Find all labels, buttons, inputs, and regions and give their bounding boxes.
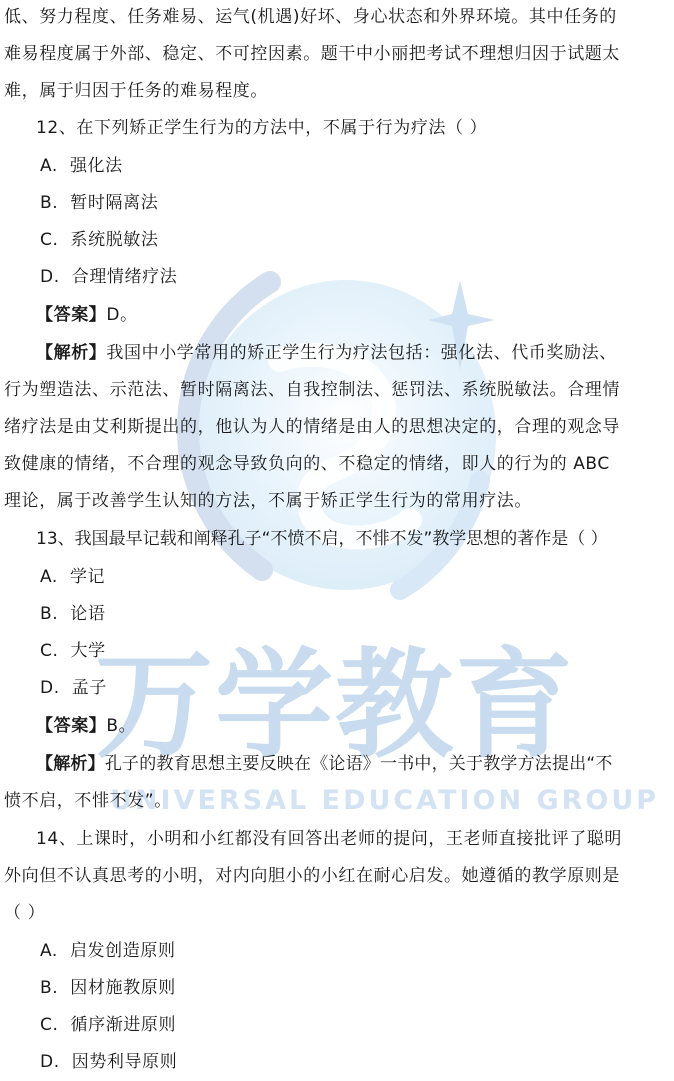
option-letter: A.	[40, 156, 58, 176]
option-letter: A.	[40, 941, 58, 961]
question-13-option-a: A. 学记	[40, 566, 674, 588]
option-letter: B.	[40, 193, 58, 213]
option-text: 启发创造原则	[70, 941, 176, 961]
option-text: 因材施教原则	[70, 978, 176, 998]
question-13-analysis-line: 【解析】孔子的教育思想主要反映在《论语》一书中，关于教学方法提出“不	[36, 753, 674, 775]
option-text: 学记	[70, 567, 105, 587]
analysis-tag: 【解析】	[36, 343, 106, 363]
option-letter: C.	[40, 230, 58, 250]
answer-value: B。	[106, 716, 136, 736]
question-14-stem: （ ）	[4, 902, 670, 924]
answer-value: D。	[106, 305, 137, 325]
option-letter: B.	[40, 604, 58, 624]
question-13-option-d: D. 孟子	[40, 677, 674, 699]
question-12-option-b: B. 暂时隔离法	[40, 192, 674, 214]
question-13-option-c: C. 大学	[40, 640, 674, 662]
question-12-option-a: A. 强化法	[40, 155, 674, 177]
question-14-stem: 外向但不认真思考的小明，对内向胆小的小红在耐心启发。她遵循的教学原则是	[4, 865, 670, 887]
option-letter: D.	[40, 678, 60, 698]
answer-tag: 【答案】	[36, 305, 106, 325]
option-text: 暂时隔离法	[70, 193, 158, 213]
option-letter: B.	[40, 978, 58, 998]
question-12-analysis-line: 致健康的情绪，不合理的观念导致负向的、不稳定的情绪，即人的行为的 ABC	[4, 453, 670, 475]
option-letter: D.	[40, 267, 60, 287]
analysis-text: 我国中小学常用的矫正学生行为疗法包括：强化法、代币奖励法、	[106, 343, 616, 363]
option-text: 合理情绪疗法	[72, 267, 178, 287]
question-12-answer: 【答案】D。	[36, 304, 674, 326]
question-12-option-c: C. 系统脱敏法	[40, 229, 674, 251]
option-text: 论语	[70, 604, 105, 624]
paragraph-line: 难易程度属于外部、稳定、不可控因素。题干中小丽把考试不理想归因于试题太	[4, 43, 670, 65]
option-text: 因势利导原则	[72, 1052, 178, 1072]
question-12-analysis-line: 行为塑造法、示范法、暂时隔离法、自我控制法、惩罚法、系统脱敏法。合理情	[4, 379, 670, 401]
question-14-stem: 14、上课时，小明和小红都没有回答出老师的提问，王老师直接批评了聪明	[36, 828, 674, 850]
analysis-tag: 【解析】	[36, 754, 105, 774]
question-12-analysis-line: 理论，属于改善学生认知的方法，不属于矫正学生行为的常用疗法。	[4, 490, 670, 512]
paragraph-line: 难，属于归因于任务的难易程度。	[4, 80, 670, 102]
paragraph-line: 低、努力程度、任务难易、运气(机遇)好坏、身心状态和外界环境。其中任务的	[4, 6, 670, 28]
option-letter: C.	[40, 1015, 58, 1035]
question-14-option-c: C. 循序渐进原则	[40, 1014, 674, 1036]
option-text: 强化法	[70, 156, 123, 176]
question-13-answer: 【答案】B。	[36, 715, 674, 737]
option-text: 大学	[71, 641, 106, 661]
question-13-analysis-line: 愤不启，不悱不发”。	[4, 790, 670, 812]
question-12-stem: 12、在下列矫正学生行为的方法中，不属于行为疗法（ ）	[36, 117, 674, 139]
option-text: 孟子	[72, 678, 107, 698]
question-12-analysis-line: 绪疗法是由艾利斯提出的，他认为人的情绪是由人的思想决定的，合理的观念导	[4, 416, 670, 438]
question-14-option-d: D. 因势利导原则	[40, 1051, 674, 1073]
analysis-text: 孔子的教育思想主要反映在《论语》一书中，关于教学方法提出“不	[105, 754, 613, 774]
question-14-option-b: B. 因材施教原则	[40, 977, 674, 999]
option-text: 系统脱敏法	[71, 230, 159, 250]
option-letter: D.	[40, 1052, 60, 1072]
question-12-option-d: D. 合理情绪疗法	[40, 266, 674, 288]
question-13-option-b: B. 论语	[40, 603, 674, 625]
question-13-stem: 13、我国最早记载和阐释孔子“不愤不启，不悱不发”教学思想的著作是（ ）	[36, 528, 674, 550]
option-text: 循序渐进原则	[71, 1015, 177, 1035]
option-letter: A.	[40, 567, 58, 587]
question-14-option-a: A. 启发创造原则	[40, 940, 674, 962]
answer-tag: 【答案】	[36, 716, 106, 736]
question-12-analysis-line: 【解析】我国中小学常用的矫正学生行为疗法包括：强化法、代币奖励法、	[36, 342, 674, 364]
option-letter: C.	[40, 641, 58, 661]
